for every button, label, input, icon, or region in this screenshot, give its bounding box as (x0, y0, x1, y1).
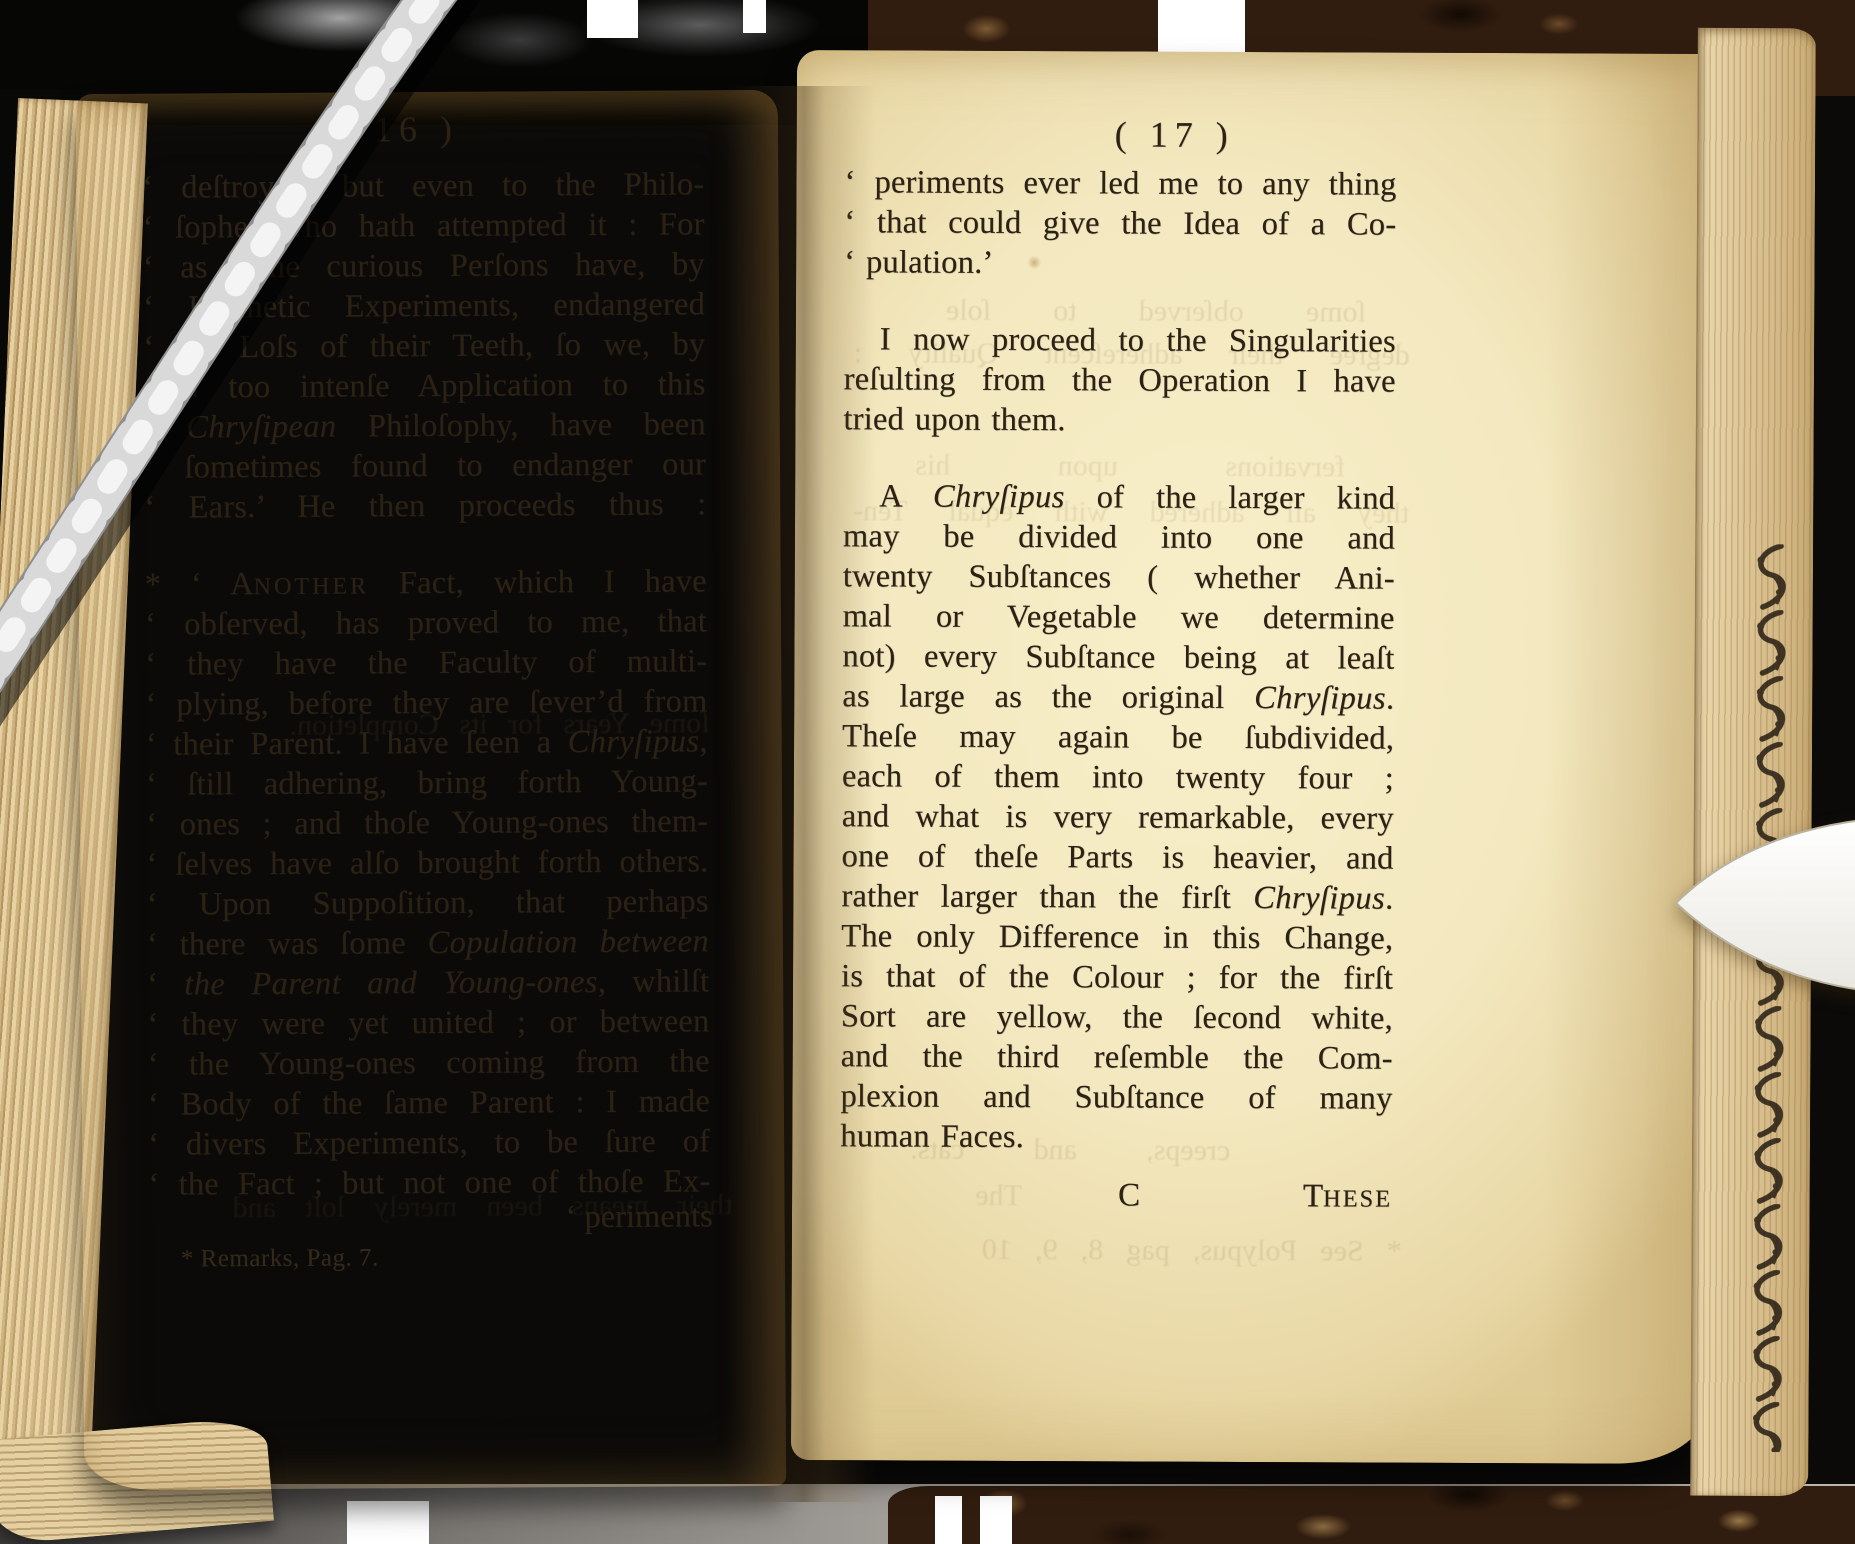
open-book-photo: ſome Years for its Completion.their mean… (0, 0, 1855, 1544)
text-line: ‘ they have the Faculty of multi- (145, 641, 707, 684)
text-line: ‘ the Parent and Young-ones, whilſt (147, 961, 709, 1004)
text-line: each of them into twenty four ; (842, 756, 1394, 798)
text-segment: ‘ the Loſs of their Teeth, ſo we, by (143, 326, 705, 365)
text-segment: ‘ deſtroyed, but even to the Philo- (142, 166, 704, 205)
text-line: The only Difference in this Change, (841, 916, 1393, 958)
text-line: ‘ their Parent. I have ſeen a Chryſipus, (146, 721, 708, 764)
text-line: may be divided into one and (843, 516, 1395, 558)
text-line: ‘ ones ; and thoſe Young-ones them- (146, 801, 708, 844)
small-caps-text: HESE (1323, 1185, 1392, 1212)
catchword-left: ‘ periments (565, 1198, 712, 1236)
text-segment: Theſe may again be ſubdivided, (842, 718, 1394, 756)
text-segment: reſulting from the Operation I have (844, 361, 1396, 399)
text-segment: A (879, 478, 933, 514)
right-page-text-column: ‘ periments ever led me to any thing‘ th… (840, 162, 1396, 1158)
footnote: * Remarks, Pag. 7. (181, 1244, 379, 1273)
text-segment: ‘ their Parent. I have ſeen a (146, 724, 568, 763)
text-segment: rather larger than the firſt (841, 878, 1253, 916)
text-segment: and what is very remarkable, every (842, 798, 1394, 836)
text-segment: T (1303, 1178, 1323, 1214)
text-line: ‘ ſtill adhering, bring forth Young- (146, 761, 708, 804)
text-segment: ‘ they have the Faculty of multi- (145, 643, 707, 682)
text-line: is that of the Colour ; for the firſt (841, 956, 1393, 998)
scan-artifact-bar (980, 1496, 1012, 1544)
text-line: ‘ ſometimes found to endanger our (144, 444, 706, 487)
text-segment: , (699, 723, 708, 759)
text-segment: ‘ obſerved, has proved to me, that (145, 603, 707, 642)
scan-artifact-bar (587, 0, 638, 38)
italic-text: the Parent and Young-ones (184, 964, 598, 1003)
right-page: ſome obſerved to ſoledegree their adhere… (791, 50, 1713, 1464)
text-segment: is that of the Colour ; for the firſt (841, 958, 1393, 996)
text-line: ‘ Chryſipean Philoſophy, have been (144, 404, 706, 447)
text-segment: tried upon them. (843, 401, 1065, 438)
text-line: and what is very remarkable, every (842, 796, 1394, 838)
text-segment: ‘ that could give the Idea of a Co- (844, 204, 1396, 242)
text-line: and the third reſemble the Com- (841, 1036, 1393, 1078)
text-segment: . (1385, 881, 1393, 917)
text-line: I now proceed to the Singularities (844, 319, 1396, 361)
text-segment: may be divided into one and (843, 518, 1395, 556)
text-segment: plexion and Subſtance of many (840, 1078, 1392, 1116)
scrollwork-pattern-svg (1736, 544, 1799, 1452)
text-segment: one of theſe Parts is heavier, and (841, 838, 1393, 876)
text-line: ‘ a too intenſe Application to this (143, 364, 705, 407)
text-segment: ‘ Upon Suppoſition, that perhaps (147, 883, 709, 922)
text-segment: of the larger kind (1065, 479, 1396, 516)
text-segment: ‘ (144, 409, 187, 445)
text-segment: ‘ ſtill adhering, bring forth Young- (146, 763, 708, 802)
text-line: Sort are yellow, the ſecond white, (841, 996, 1393, 1038)
text-segment: Philoſophy, have been (336, 406, 706, 444)
text-segment: as large as the original (842, 678, 1254, 716)
text-line: ‘ divers Experiments, to be ſure of (148, 1121, 710, 1164)
left-page: ſome Years for its Completion.their mean… (76, 90, 787, 1490)
text-segment: * ‘ A (145, 566, 254, 603)
text-line: tried upon them. (843, 399, 1395, 441)
text-segment: ‘ ones ; and thoſe Young-ones them- (146, 803, 708, 842)
scan-artifact-bar (935, 1496, 962, 1544)
text-segment: twenty Subſtances ( whether Ani- (843, 558, 1395, 596)
text-line: rather larger than the firſt Chryſipus. (841, 876, 1393, 918)
text-line: ‘ there was ſome Copulation between (147, 921, 709, 964)
text-segment: each of them into twenty four ; (842, 758, 1394, 796)
text-segment: and the third reſemble the Com- (841, 1038, 1393, 1076)
text-line: twenty Subſtances ( whether Ani- (843, 556, 1395, 598)
page-number-left: ( 16 ) (48, 106, 750, 152)
text-line: ‘ as ſome curious Perſons have, by (143, 244, 705, 287)
text-line: one of theſe Parts is heavier, and (841, 836, 1393, 878)
italic-text: Chryſipean (186, 409, 336, 446)
text-segment: ‘ the Fact ; but not one of thoſe Ex- (148, 1163, 710, 1202)
text-segment: not) every Subſtance being at leaſt (842, 638, 1394, 676)
text-segment: Fact, which I have (369, 563, 707, 601)
text-segment: Sort are yellow, the ſecond white, (841, 998, 1393, 1036)
text-line: ‘ pulation.’ (844, 242, 1396, 284)
text-segment: ‘ ſelves have alſo brought forth others. (146, 843, 708, 882)
text-segment: ‘ there was ſome (147, 925, 428, 963)
text-segment: ‘ the Young-ones coming from the (148, 1043, 710, 1082)
text-line: A Chryſipus of the larger kind (843, 476, 1395, 518)
catchword-right: THESE (1303, 1178, 1392, 1215)
page-number-right: ( 17 ) (717, 112, 1633, 158)
signature-row: C THESE (840, 1176, 1392, 1222)
italic-text: Chryſipus (567, 723, 699, 760)
fore-edge-pages (1690, 28, 1816, 1497)
text-line: not) every Subſtance being at leaſt (842, 636, 1394, 678)
text-line: ‘ deſtroyed, but even to the Philo- (142, 164, 704, 207)
scan-artifact-bar (347, 1501, 429, 1544)
text-line: ‘ ſelves have alſo brought forth others. (146, 841, 708, 884)
text-segment: ‘ Body of the ſame Parent : I made (148, 1083, 710, 1122)
text-segment: ‘ ſopher who hath attempted it : For (142, 206, 704, 245)
text-segment: mal or Vegetable we determine (843, 598, 1395, 636)
text-segment: ‘ periments ever led me to any thing (844, 164, 1396, 202)
italic-text: Chryſipus (1254, 680, 1386, 717)
text-line: ‘ Hermetic Experiments, endangered (143, 284, 705, 327)
text-segment: ‘ Hermetic Experiments, endangered (143, 286, 705, 325)
text-line: ‘ the Loſs of their Teeth, ſo we, by (143, 324, 705, 367)
text-segment: ‘ plying, before they are ſever’d from (145, 683, 707, 722)
text-line: mal or Vegetable we determine (843, 596, 1395, 638)
left-page-text-column: ‘ deſtroyed, but even to the Philo-‘ ſop… (142, 164, 710, 1204)
text-line: ‘ ſopher who hath attempted it : For (142, 204, 704, 247)
text-line: ‘ Upon Suppoſition, that perhaps (147, 881, 709, 924)
ornamental-border (1736, 544, 1799, 1452)
italic-text: Copulation between (427, 923, 709, 961)
small-caps-text: NOTHER (254, 573, 370, 600)
text-segment: ‘ they were yet united ; or between (147, 1003, 709, 1042)
text-segment: human Faces. (840, 1118, 1024, 1155)
text-line: * ‘ ANOTHER Fact, which I have (145, 561, 707, 604)
italic-text: Chryſipus (1253, 880, 1385, 917)
text-line: ‘ Body of the ſame Parent : I made (148, 1081, 710, 1124)
signature-mark: C (1118, 1177, 1140, 1214)
text-segment: ‘ a too intenſe Application to this (143, 366, 705, 405)
text-line: ‘ the Young-ones coming from the (148, 1041, 710, 1084)
text-segment: ‘ ſometimes found to endanger our (144, 446, 706, 485)
text-segment: ‘ as ſome curious Perſons have, by (143, 246, 705, 285)
scan-artifact-bar (743, 0, 766, 33)
text-line: ‘ they were yet united ; or between (147, 1001, 709, 1044)
text-segment: ‘ Ears.’ He then proceeds thus : (144, 486, 706, 525)
text-segment: ‘ divers Experiments, to be ſure of (148, 1123, 710, 1162)
text-segment: The only Difference in this Change, (841, 918, 1393, 956)
text-line: ‘ that could give the Idea of a Co- (844, 202, 1396, 244)
text-segment: . (1386, 681, 1394, 717)
text-segment: , whilſt (598, 963, 710, 1000)
text-line: reſulting from the Operation I have (844, 359, 1396, 401)
text-segment: I now proceed to the Singularities (880, 321, 1396, 359)
text-line: plexion and Subſtance of many (840, 1076, 1392, 1118)
text-line: ‘ plying, before they are ſever’d from (145, 681, 707, 724)
text-line: ‘ periments ever led me to any thing (844, 162, 1396, 204)
text-line: ‘ Ears.’ He then proceeds thus : (144, 484, 706, 527)
text-segment: ‘ pulation.’ (844, 244, 993, 281)
text-line: Theſe may again be ſubdivided, (842, 716, 1394, 758)
text-segment: ‘ (147, 967, 184, 1003)
italic-text: Chryſipus (933, 479, 1065, 516)
text-line: ‘ obſerved, has proved to me, that (145, 601, 707, 644)
text-line: human Faces. (840, 1116, 1392, 1158)
text-line: as large as the original Chryſipus. (842, 676, 1394, 718)
